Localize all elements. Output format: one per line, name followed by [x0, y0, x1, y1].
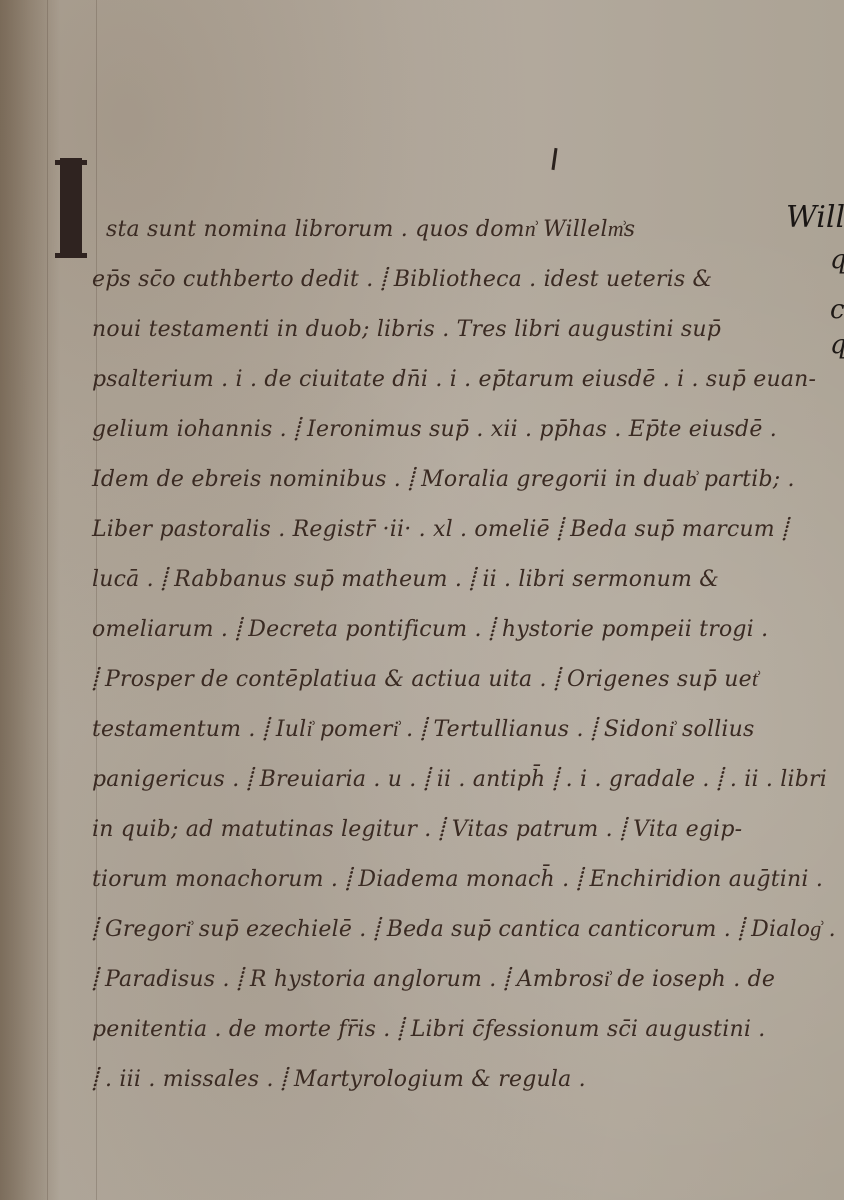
margin-glyph: c — [830, 295, 844, 325]
text-line: noui testamenti in duob; libris . Tres l… — [92, 305, 782, 355]
text-line: ⸽ Gregori͗ sup̄ ezechielē . ⸽ Beda sup̄ … — [92, 905, 782, 955]
text-line: ⸽ . iii . missales . ⸽ Martyrologium & r… — [92, 1055, 782, 1105]
text-line: gelium iohannis . ⸽ Ieronimus sup̄ . xii… — [92, 405, 782, 455]
margin-glyph: q — [830, 245, 844, 275]
text-line: ep̄s sc̄o cuthberto dedit . ⸽ Bibliothec… — [92, 255, 782, 305]
text-line: sta sunt nomina librorum . quos domn͗ Wi… — [92, 205, 782, 255]
text-line: in quib; ad matutinas legitur . ⸽ Vitas … — [92, 805, 782, 855]
edge-stain — [0, 0, 60, 1200]
text-line: tiorum monachorum . ⸽ Diadema monach̄ . … — [92, 855, 782, 905]
text-line: panigericus . ⸽ Breuiaria . u . ⸽ ii . a… — [92, 755, 782, 805]
text-line: lucā . ⸽ Rabbanus sup̄ matheum . ⸽ ii . … — [92, 555, 782, 605]
text-line: testamentum . ⸽ Iuli͗ pomeri͗ . ⸽ Tertul… — [92, 705, 782, 755]
margin-annotation: Will — [786, 200, 844, 235]
margin-glyph: q — [830, 330, 844, 360]
text-line: Liber pastoralis . Registr̄ ·ii· . xl . … — [92, 505, 782, 555]
text-line: Idem de ebreis nominibus . ⸽ Moralia gre… — [92, 455, 782, 505]
ruling-line — [47, 0, 48, 1200]
text-line: penitentia . de morte fr̄is . ⸽ Libri c̄… — [92, 1005, 782, 1055]
text-line: psalterium . i . de ciuitate dn̄i . i . … — [92, 355, 782, 405]
manuscript-page: sta sunt nomina librorum . quos domn͗ Wi… — [0, 0, 844, 1200]
text-line: ⸽ Prosper de contēplatiua & actiua uita … — [92, 655, 782, 705]
decorated-initial-letter — [60, 158, 82, 256]
ink-mark — [551, 148, 557, 170]
text-line: omeliarum . ⸽ Decreta pontificum . ⸽ hys… — [92, 605, 782, 655]
manuscript-text-block: sta sunt nomina librorum . quos domn͗ Wi… — [92, 205, 782, 1105]
text-line: ⸽ Paradisus . ⸽ R hystoria anglorum . ⸽ … — [92, 955, 782, 1005]
